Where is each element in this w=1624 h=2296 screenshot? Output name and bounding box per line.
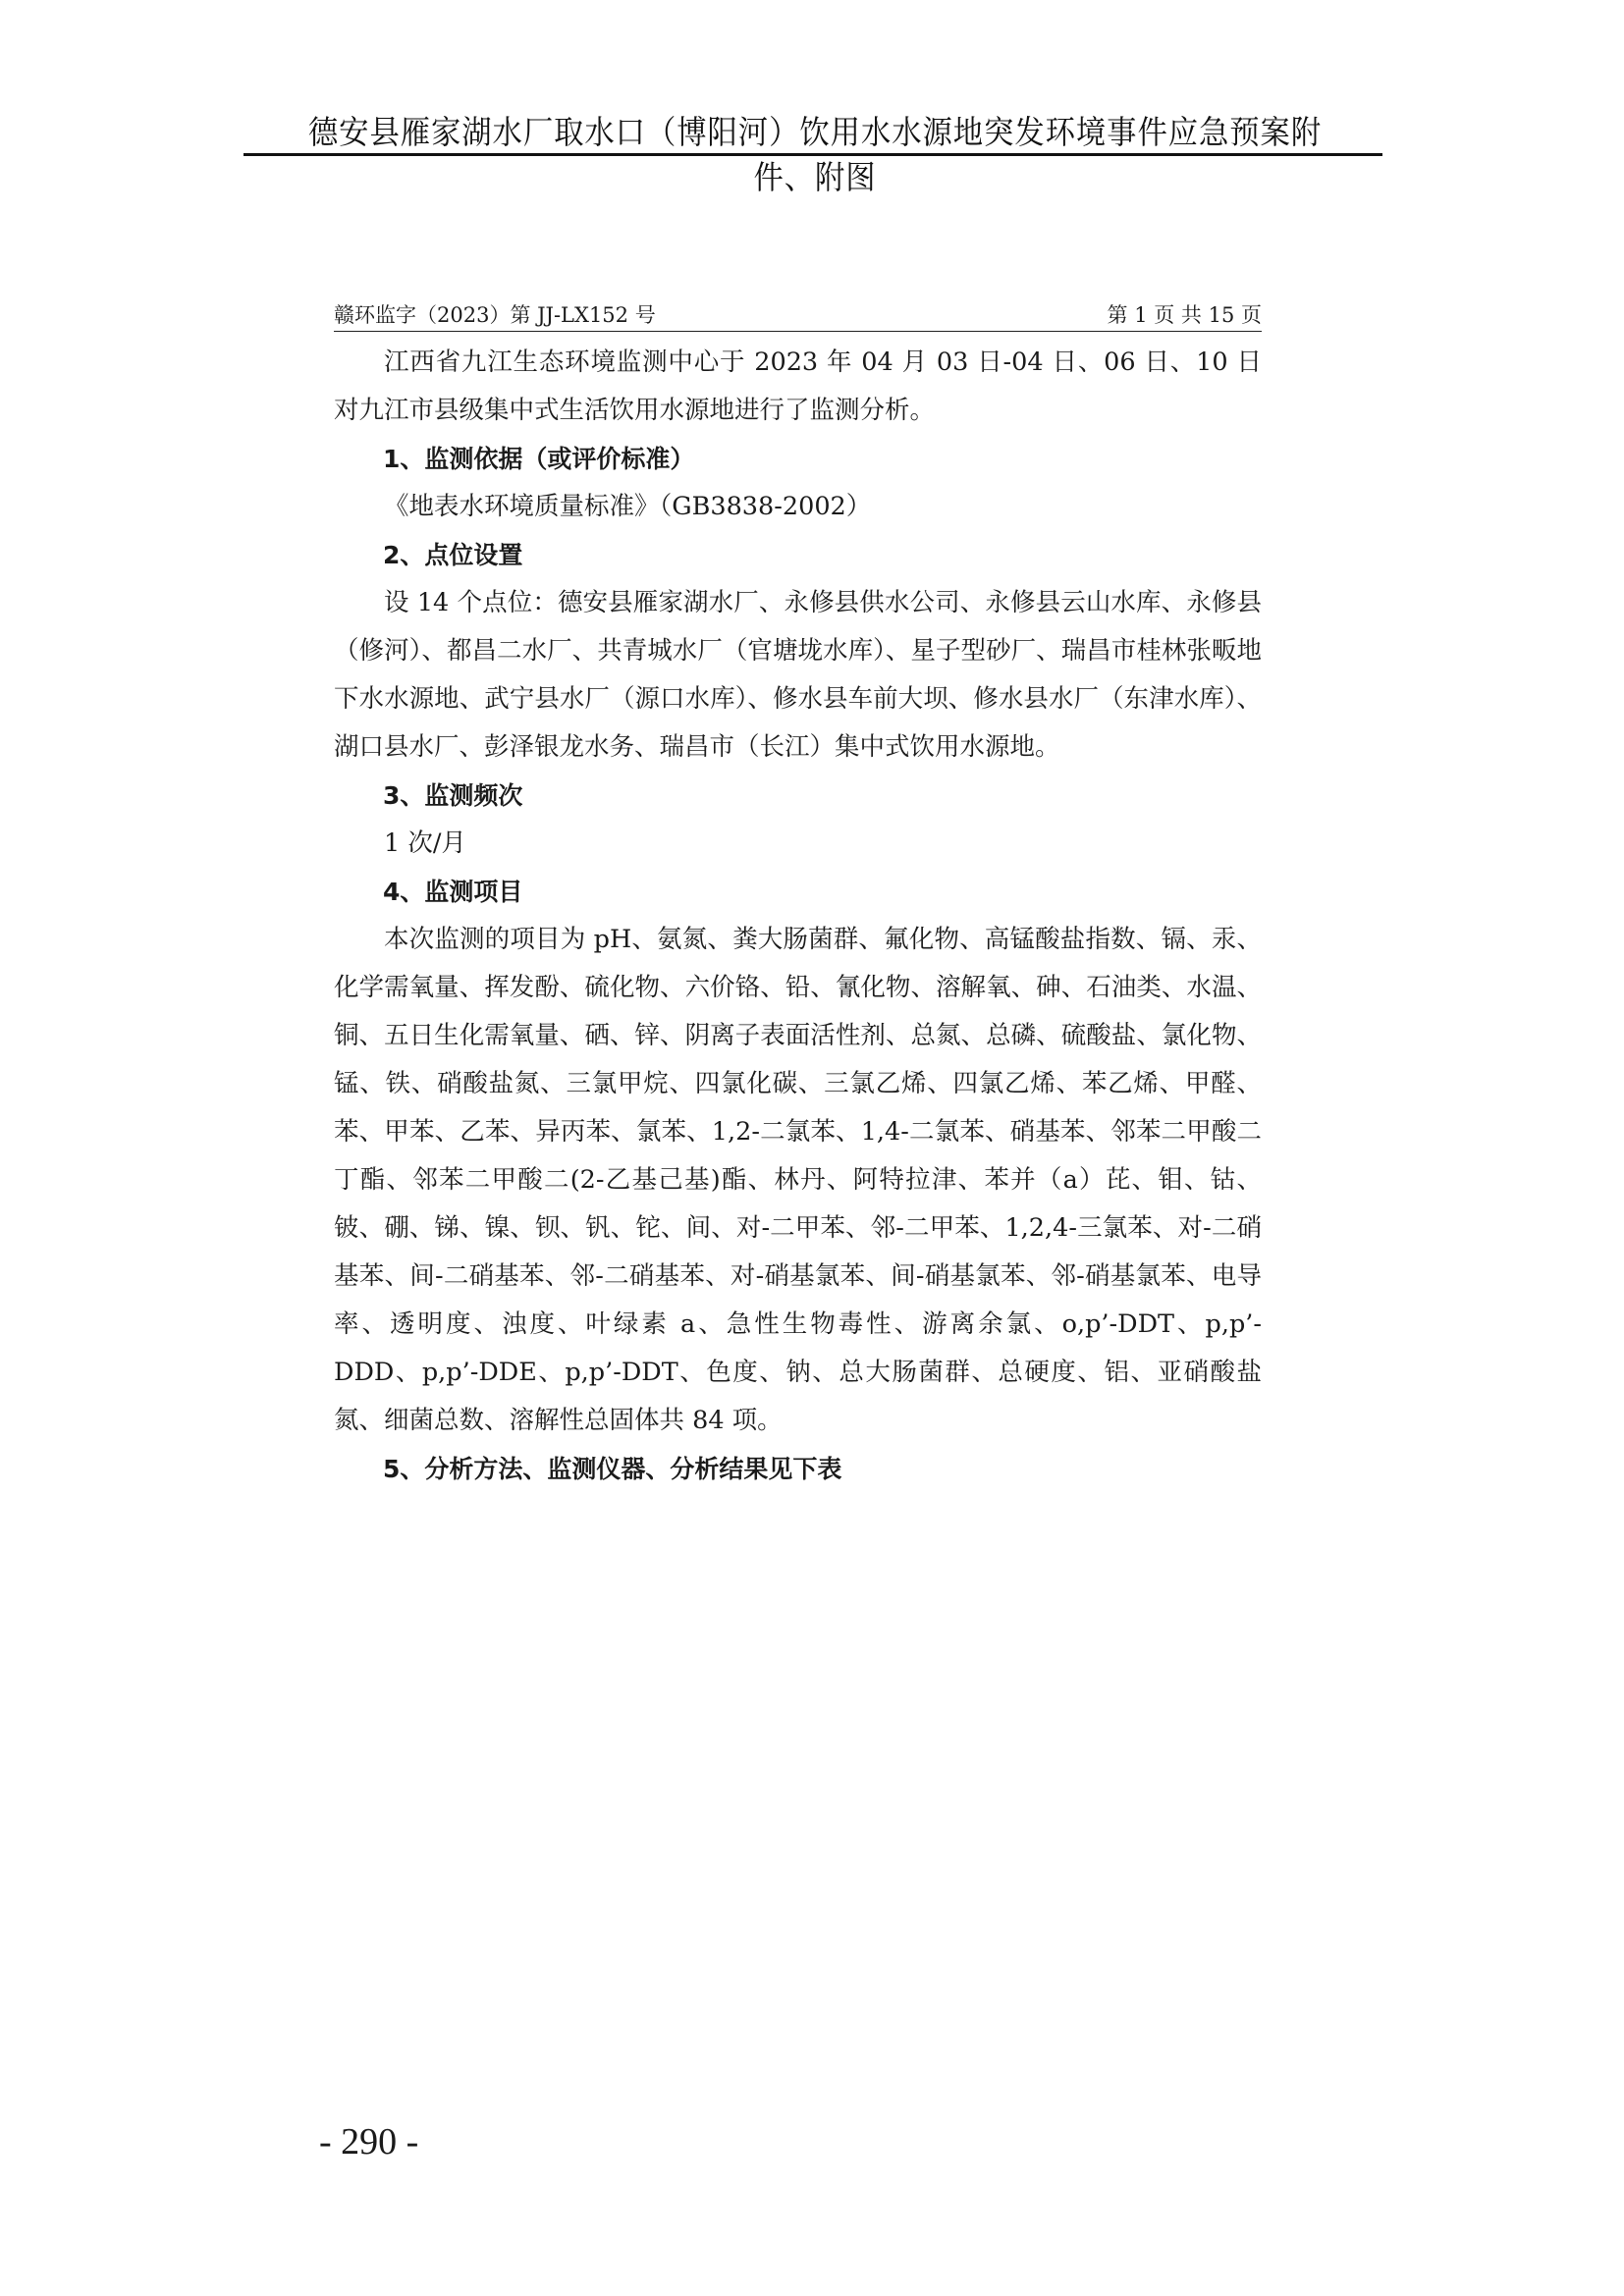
section-text-items: 本次监测的项目为 pH、氨氮、粪大肠菌群、氟化物、高锰酸盐指数、镉、汞、化学需氧… (334, 916, 1262, 1445)
section-text-basis: 《地表水环境质量标准》（GB3838-2002） (334, 483, 1262, 531)
section-heading-methods: 5、分析方法、监测仪器、分析结果见下表 (334, 1445, 1262, 1493)
report-reference-line: 赣环监字（2023）第 JJ-LX152 号 第 1 页 共 15 页 (334, 299, 1262, 332)
section-heading-basis: 1、监测依据（或评价标准） (334, 435, 1262, 483)
section-text-frequency: 1 次/月 (334, 820, 1262, 868)
report-number: 赣环监字（2023）第 JJ-LX152 号 (334, 299, 656, 329)
document-body: 江西省九江生态环境监测中心于 2023 年 04 月 03 日-04 日、06 … (334, 339, 1262, 1493)
section-text-sites: 设 14 个点位：德安县雁家湖水厂、永修县供水公司、永修县云山水库、永修县（修河… (334, 579, 1262, 772)
header-rule (244, 153, 1382, 156)
page-number: - 290 - (319, 2120, 418, 2163)
report-page-count: 第 1 页 共 15 页 (1108, 299, 1262, 329)
section-heading-frequency: 3、监测频次 (334, 772, 1262, 820)
section-heading-items: 4、监测项目 (334, 868, 1262, 916)
running-header-title: 德安县雁家湖水厂取水口（博阳河）饮用水水源地突发环境事件应急预案附件、附图 (291, 110, 1338, 155)
intro-paragraph: 江西省九江生态环境监测中心于 2023 年 04 月 03 日-04 日、06 … (334, 339, 1262, 435)
section-heading-sites: 2、点位设置 (334, 531, 1262, 579)
